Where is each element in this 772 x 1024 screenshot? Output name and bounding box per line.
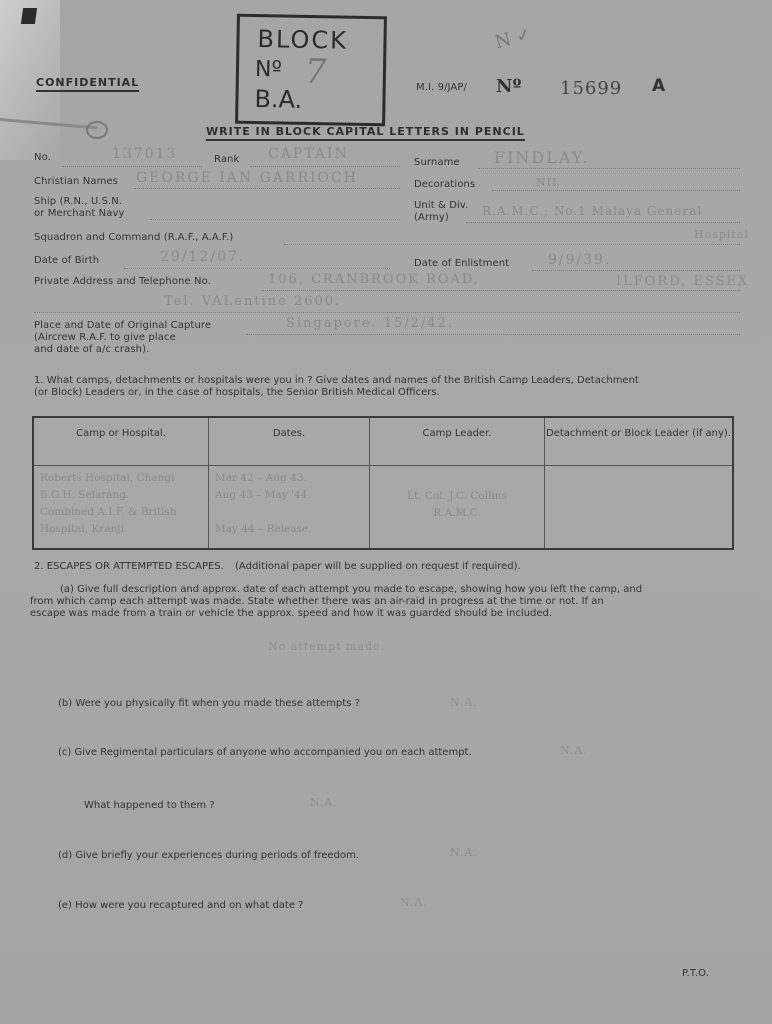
table-header-row: Camp or Hospital. Dates. Camp Leader. De… <box>33 417 733 466</box>
ship-line <box>150 219 400 220</box>
capture-value[interactable]: Singapore. 15/2/42. <box>286 316 454 331</box>
decorations-line <box>492 190 740 191</box>
stamp-block-text: BLOCK <box>257 25 348 55</box>
dob-label: Date of Birth <box>34 255 99 266</box>
camp-leader-corps: R.A.M.C. <box>376 505 538 522</box>
column-header-block-leader: Detachment or Block Leader (if any). <box>545 417 734 466</box>
column-header-camp: Camp or Hospital. <box>33 417 209 466</box>
q2b-question: (b) Were you physically fit when you mad… <box>58 698 360 710</box>
stamp-block-number: 7 <box>305 52 327 92</box>
q2a-line1: (a) Give full description and approx. da… <box>60 584 642 596</box>
address-line-2 <box>34 312 740 313</box>
surname-value[interactable]: FINDLAY. <box>494 148 589 167</box>
serial-suffix: A <box>652 76 665 96</box>
q2a-answer[interactable]: No attempt made. <box>268 640 385 653</box>
no-line <box>62 166 202 167</box>
block-stamp: BLOCK Nº 7 B.A. <box>235 14 387 127</box>
section2-heading-note: (Additional paper will be supplied on re… <box>235 561 521 572</box>
dob-value[interactable]: 29/12/07. <box>160 249 245 265</box>
date-entry-2: Aug 43 – May '44 <box>215 487 363 504</box>
pto-label: P.T.O. <box>682 968 709 979</box>
no-label: No. <box>34 152 51 163</box>
dob-line <box>124 268 390 269</box>
q2e-answer[interactable]: N.A. <box>400 896 428 909</box>
section2-heading-text: 2. ESCAPES OR ATTEMPTED ESCAPES. <box>34 561 224 572</box>
section1-question-line2: (or Block) Leaders or, in the case of ho… <box>34 387 440 399</box>
unit-line <box>466 222 740 223</box>
unit-label-line2: (Army) <box>414 212 449 223</box>
stamp-no-text: Nº <box>255 57 282 82</box>
date-entry-3: May 44 – Release. <box>215 521 363 538</box>
surname-label: Surname <box>414 157 460 168</box>
column-header-dates: Dates. <box>209 417 370 466</box>
section2-heading: 2. ESCAPES OR ATTEMPTED ESCAPES. (Additi… <box>34 561 521 573</box>
q2c-question: (c) Give Regimental particulars of anyon… <box>58 747 472 759</box>
enlistment-label: Date of Enlistment <box>414 258 509 269</box>
decorations-label: Decorations <box>414 179 475 190</box>
camps-table: Camp or Hospital. Dates. Camp Leader. De… <box>32 416 734 550</box>
unit-value-line2[interactable]: Hospital <box>694 228 749 241</box>
q2a-line2: from which camp each attempt was made. S… <box>30 596 604 608</box>
serial-number: 15699 <box>560 78 622 99</box>
q2c-followup-answer[interactable]: N.A. <box>310 796 338 809</box>
form-reference: M.I. 9/JAP/ <box>416 82 467 93</box>
address-label: Private Address and Telephone No. <box>34 276 211 287</box>
ship-label-line1: Ship (R.N., U.S.N. <box>34 196 122 207</box>
enlistment-line <box>532 270 740 271</box>
section1-question-line1: 1. What camps, detachments or hospitals … <box>34 375 639 387</box>
document-page: CONFIDENTIAL BLOCK Nº 7 B.A. N ✓ M.I. 9/… <box>0 0 772 1024</box>
file-tab-mark <box>21 8 37 24</box>
stamp-ba-text: B.A. <box>254 85 302 114</box>
squadron-label: Squadron and Command (R.A.F., A.A.F.) <box>34 232 233 243</box>
camp-entry-2: B.G.H. Selarang. <box>40 487 202 504</box>
unit-value[interactable]: R.A.M.C.; No.1 Malaya General <box>482 204 702 218</box>
number-label: Nº <box>496 76 521 97</box>
camp-leader-name: Lt. Col. J.C. Collins <box>376 488 538 505</box>
squadron-line <box>284 244 740 245</box>
table-row: Roberts Hospital, Changi B.G.H. Selarang… <box>33 466 733 550</box>
address-value[interactable]: 106, CRANBROOK ROAD, <box>268 272 480 287</box>
capture-line <box>246 334 740 335</box>
rank-line <box>250 166 400 167</box>
decorations-value[interactable]: NIL <box>536 176 560 189</box>
christian-names-value[interactable]: GEORGE IAN GARRIOCH <box>136 170 358 186</box>
q2d-answer[interactable]: N.A. <box>450 846 478 859</box>
christian-names-label: Christian Names <box>34 176 118 187</box>
column-header-camp-leader: Camp Leader. <box>370 417 545 466</box>
capture-label-line3: and date of a/c crash). <box>34 344 149 355</box>
eyelet-icon <box>86 121 108 139</box>
no-value[interactable]: 137013 <box>112 146 177 162</box>
surname-line <box>478 168 740 169</box>
address-value-line2[interactable]: Tel. VALentine 2600. <box>164 294 341 309</box>
table-cell-block-leader[interactable] <box>545 466 734 550</box>
table-cell-camps[interactable]: Roberts Hospital, Changi B.G.H. Selarang… <box>33 466 209 550</box>
rank-value[interactable]: CAPTAIN <box>268 146 349 162</box>
date-entry-1: Mar 42 – Aug 43. <box>215 470 363 487</box>
address-value-right[interactable]: ILFORD, ESSEX <box>616 274 749 289</box>
capture-label-line2: (Aircrew R.A.F. to give place <box>34 332 176 343</box>
camp-entry-3: Combined A.I.F. & British Hospital, Kran… <box>40 504 202 538</box>
table-cell-dates[interactable]: Mar 42 – Aug 43. Aug 43 – May '44 May 44… <box>209 466 370 550</box>
ship-label-line2: or Merchant Navy <box>34 208 125 219</box>
q2e-question: (e) How were you recaptured and on what … <box>58 900 304 912</box>
instruction-heading: WRITE IN BLOCK CAPITAL LETTERS IN PENCIL <box>206 125 525 141</box>
enlistment-value[interactable]: 9/9/39. <box>548 252 612 268</box>
pencil-checkmark: N ✓ <box>493 24 534 54</box>
classification-label: CONFIDENTIAL <box>36 76 139 92</box>
q2a-line3: escape was made from a train or vehicle … <box>30 608 552 620</box>
rank-label: Rank <box>214 154 239 165</box>
q2b-answer[interactable]: N.A. <box>450 696 478 709</box>
camp-entry-1: Roberts Hospital, Changi <box>40 470 202 487</box>
capture-label-line1: Place and Date of Original Capture <box>34 320 211 331</box>
unit-label-line1: Unit & Div. <box>414 200 468 211</box>
christian-names-line <box>134 188 400 189</box>
q2c-followup-question: What happened to them ? <box>84 800 215 812</box>
q2d-question: (d) Give briefly your experiences during… <box>58 850 359 862</box>
q2c-answer[interactable]: N.A. <box>560 744 588 757</box>
table-cell-camp-leader[interactable]: Lt. Col. J.C. Collins R.A.M.C. <box>370 466 545 550</box>
address-line <box>262 290 740 291</box>
